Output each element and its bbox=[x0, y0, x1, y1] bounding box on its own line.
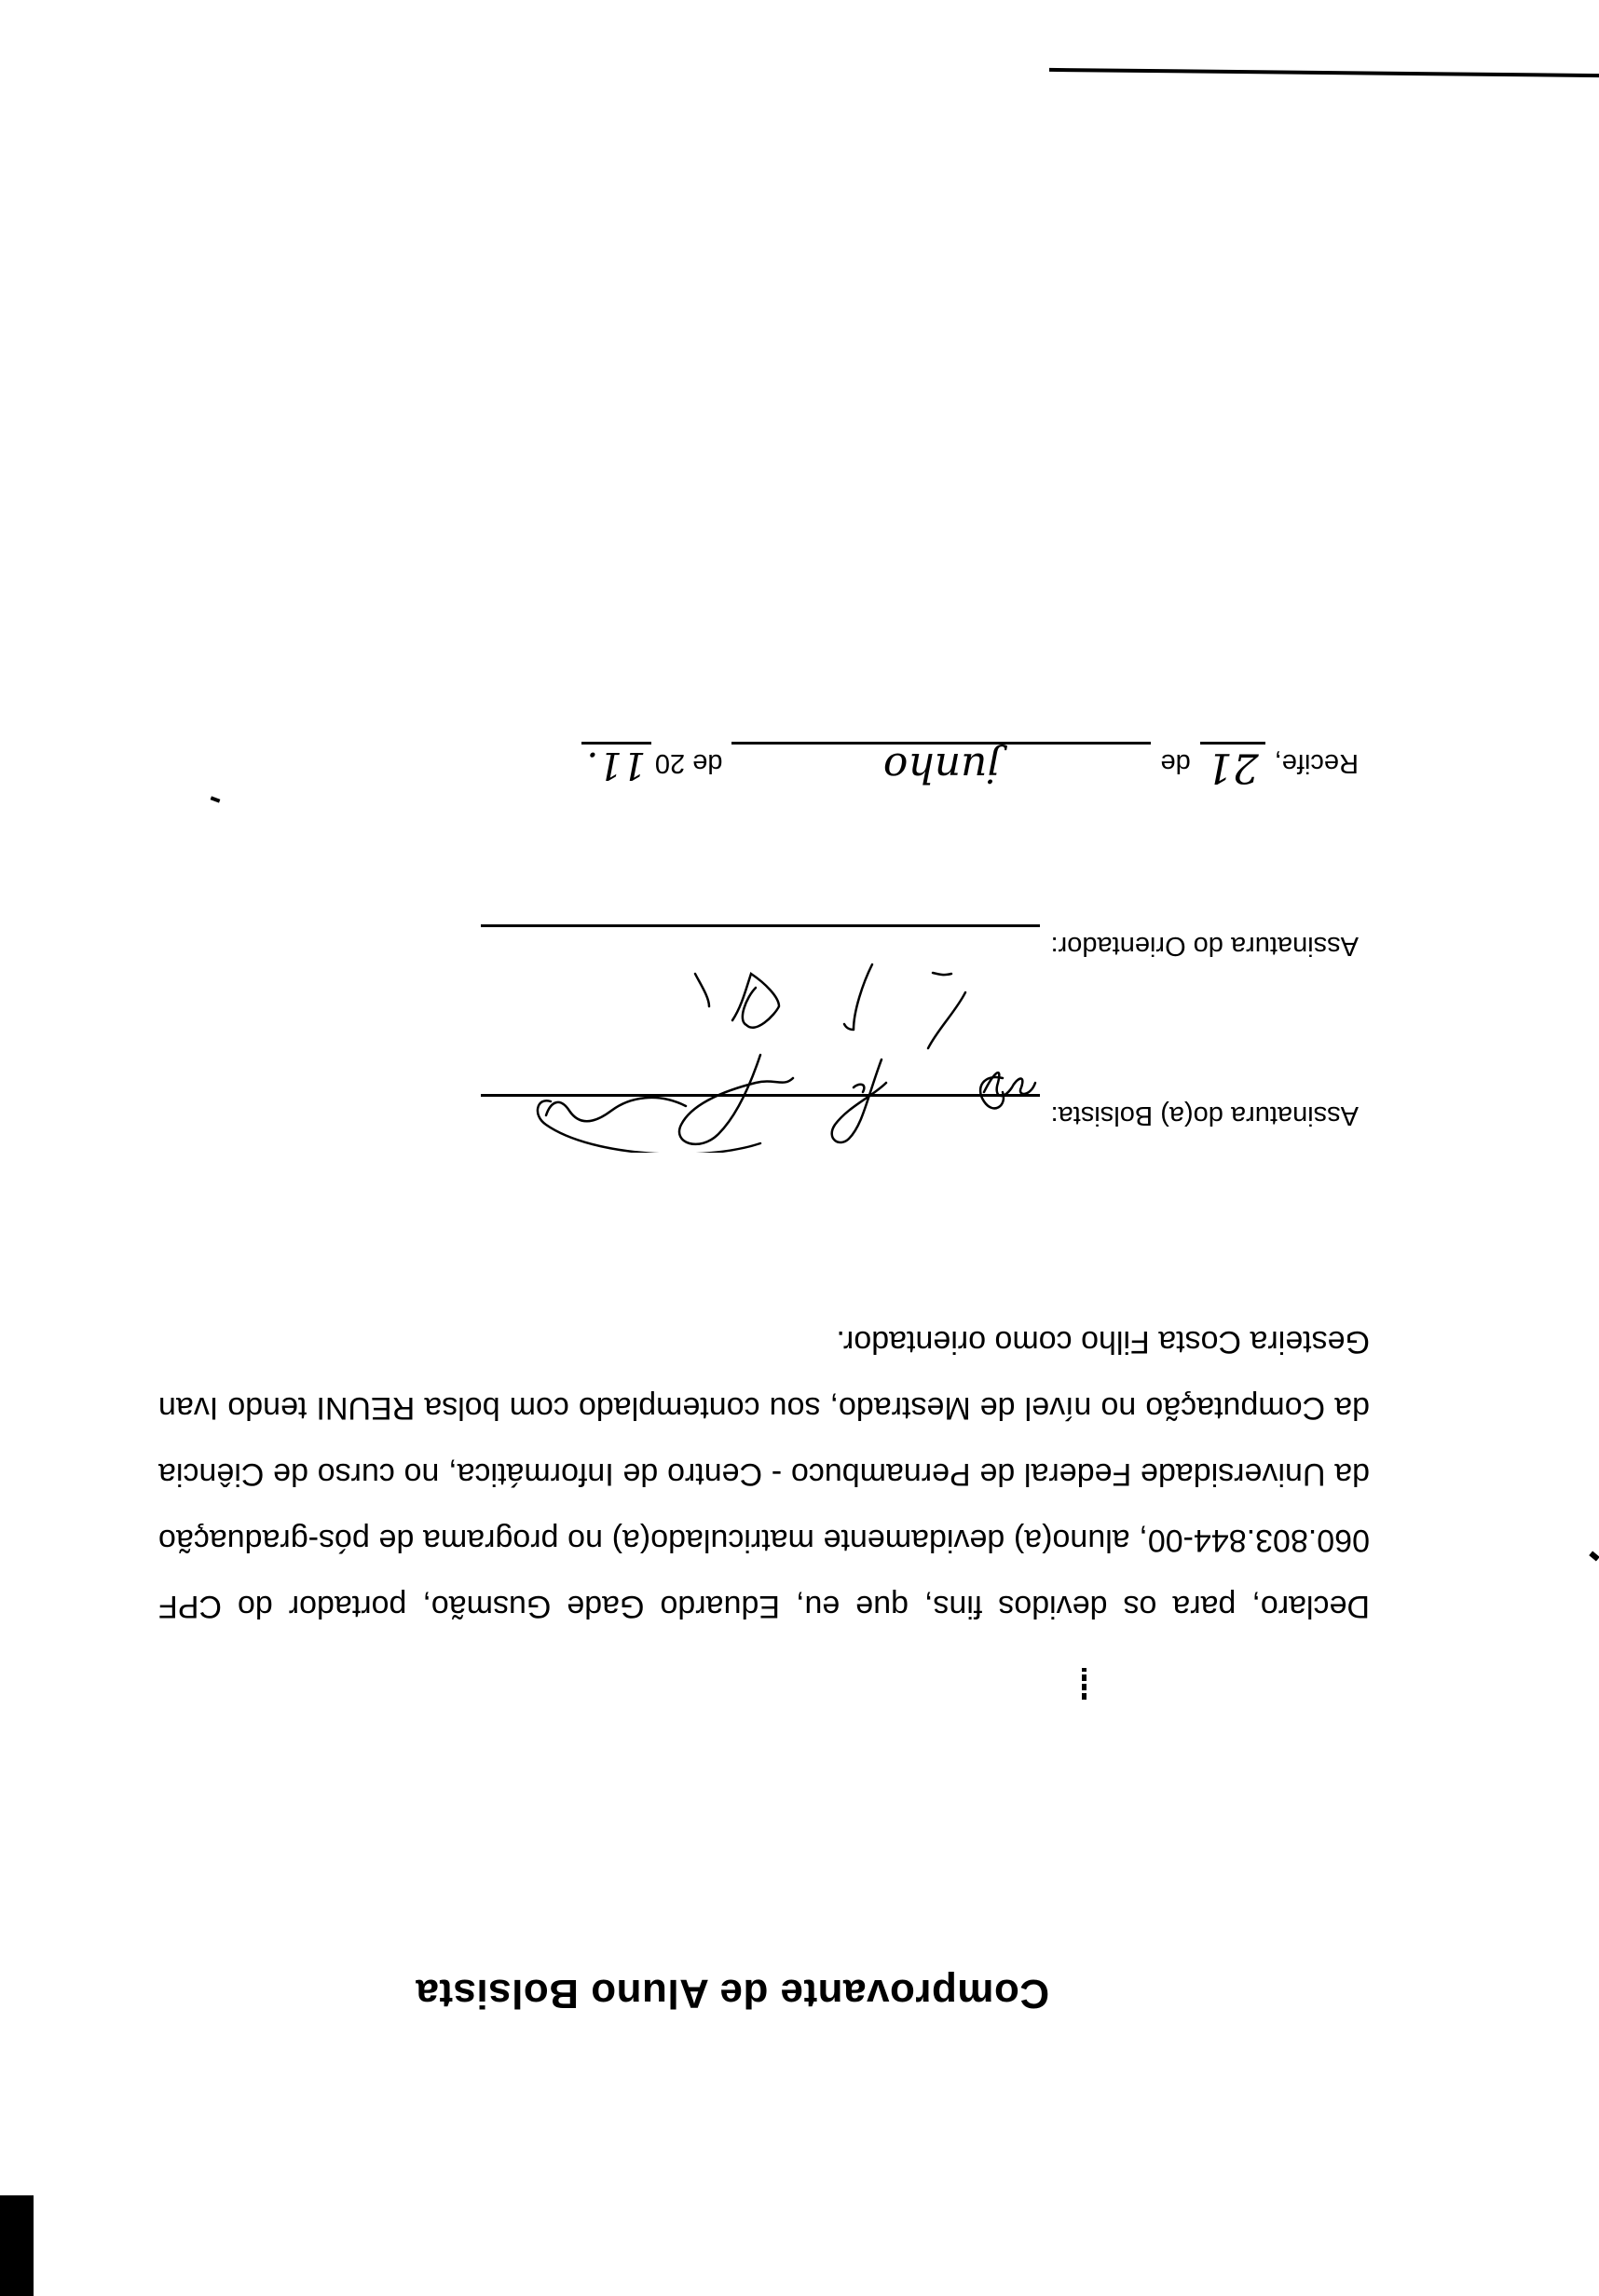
date-month: junho bbox=[731, 742, 1151, 787]
advisor-signature-label: Assinatura do Orientador: bbox=[1051, 924, 1359, 961]
student-signature-icon bbox=[481, 1050, 1040, 1153]
scan-edge-bar bbox=[0, 2195, 34, 2296]
advisor-signature-row: Assinatura do Orientador: bbox=[240, 924, 1359, 980]
scan-speck bbox=[1589, 1551, 1599, 1561]
student-signature-label: Assinatura do(a) Bolsista: bbox=[1051, 1094, 1359, 1130]
date-connector-2: de 20 bbox=[655, 742, 723, 778]
declaration-paragraph: Declaro, para os devidos fins, que eu, E… bbox=[158, 1308, 1370, 1639]
advisor-signature-icon bbox=[481, 955, 1040, 1058]
date-year: 11. bbox=[581, 742, 651, 784]
document-title: Comprovante de Aluno Bolsista bbox=[360, 1970, 1105, 2016]
date-line: Recife, 21 de junho de 20 11. bbox=[334, 742, 1359, 816]
scan-mark bbox=[1082, 1668, 1086, 1700]
date-day: 21 bbox=[1200, 742, 1265, 787]
date-connector-1: de bbox=[1160, 742, 1190, 778]
scanned-page: Comprovante de Aluno Bolsista Declaro, p… bbox=[0, 0, 1599, 2296]
declaration-text: Declaro, para os devidos fins, que eu, E… bbox=[158, 1308, 1370, 1639]
date-city: Recife, bbox=[1275, 742, 1359, 778]
scan-speck bbox=[211, 796, 221, 802]
scan-edge-line bbox=[1049, 68, 1599, 77]
advisor-signature-line bbox=[481, 924, 1040, 964]
student-signature-row: Assinatura do(a) Bolsista: bbox=[240, 1094, 1359, 1150]
student-signature-line bbox=[481, 1094, 1040, 1134]
